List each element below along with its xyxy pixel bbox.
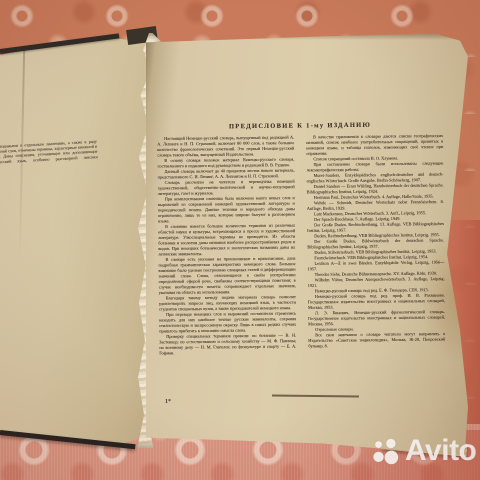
paragraph: При переводе немецких слов и выражений с… bbox=[159, 311, 296, 334]
paragraph: В качестве приложения к словарю даются с… bbox=[306, 133, 443, 156]
preface-content: ПРЕДИСЛОВИЕ К 1-му ИЗДАНИЮ Настоящий Нем… bbox=[157, 120, 445, 356]
paragraph: Л. Э. Бинович, Немецко-русский фразеолог… bbox=[308, 309, 445, 327]
paragraph: В словнике имеется большое количество те… bbox=[158, 223, 295, 257]
paragraph: Немецко-русский словарь под ред. проф. И… bbox=[308, 292, 445, 310]
left-page: пояснениями, приводимыми к отдельным зна… bbox=[0, 38, 152, 450]
avito-logo-icon bbox=[371, 437, 400, 466]
avito-wordmark: Avito bbox=[405, 436, 476, 466]
paragraph: Все свои замечания о словаре читатели мо… bbox=[308, 331, 445, 349]
paragraph: При комплектовании словника было включен… bbox=[158, 195, 295, 224]
signature-mark: 1* bbox=[165, 399, 171, 405]
preface-right-column: В качестве приложения к словарю даются с… bbox=[306, 133, 445, 354]
end-rule bbox=[272, 395, 359, 397]
paragraph: В словаре есть указания на произношение … bbox=[158, 256, 295, 296]
text-columns: Настоящий Немецко-русский словарь, выпущ… bbox=[157, 133, 445, 356]
right-page: ПРЕДИСЛОВИЕ К 1-му ИЗДАНИЮ Настоящий Нем… bbox=[146, 33, 468, 458]
photo-of-open-book: пояснениями, приводимыми к отдельным зна… bbox=[0, 0, 480, 480]
page-title: ПРЕДИСЛОВИЕ К 1-му ИЗДАНИЮ bbox=[157, 120, 443, 131]
paragraph: Настоящий Немецко-русский словарь, выпущ… bbox=[157, 135, 294, 158]
avito-watermark: Avito bbox=[371, 436, 476, 466]
paragraph: Благодаря такому методу подачи материала… bbox=[159, 294, 296, 312]
left-page-text-fragment: пояснениями, приводимыми к отдельным зна… bbox=[0, 139, 98, 171]
paragraph: Проверку специальных терминов провели: п… bbox=[159, 333, 296, 356]
paragraph: Словарь рассчитан на читателя и переводч… bbox=[158, 179, 295, 197]
preface-left-column: Настоящий Немецко-русский словарь, выпущ… bbox=[157, 135, 296, 356]
